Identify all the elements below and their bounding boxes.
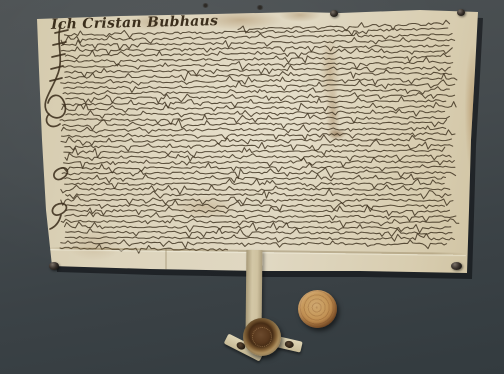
photo-of-charter: Ich Cristan Bubhaus xyxy=(0,0,504,374)
wax-spot xyxy=(284,340,294,349)
mounting-pin-top-right xyxy=(457,9,465,16)
seal-capsule xyxy=(298,290,337,328)
seal-impression xyxy=(252,327,272,347)
mounting-pin-bottom-left xyxy=(49,262,59,270)
pendant-wax-seal xyxy=(243,318,281,356)
dark-smudge xyxy=(202,3,209,8)
dark-smudge xyxy=(256,5,264,10)
mounting-pin-bottom-right xyxy=(451,262,462,270)
mounting-pin-top-center xyxy=(330,10,338,17)
vertical-crease xyxy=(165,249,167,270)
